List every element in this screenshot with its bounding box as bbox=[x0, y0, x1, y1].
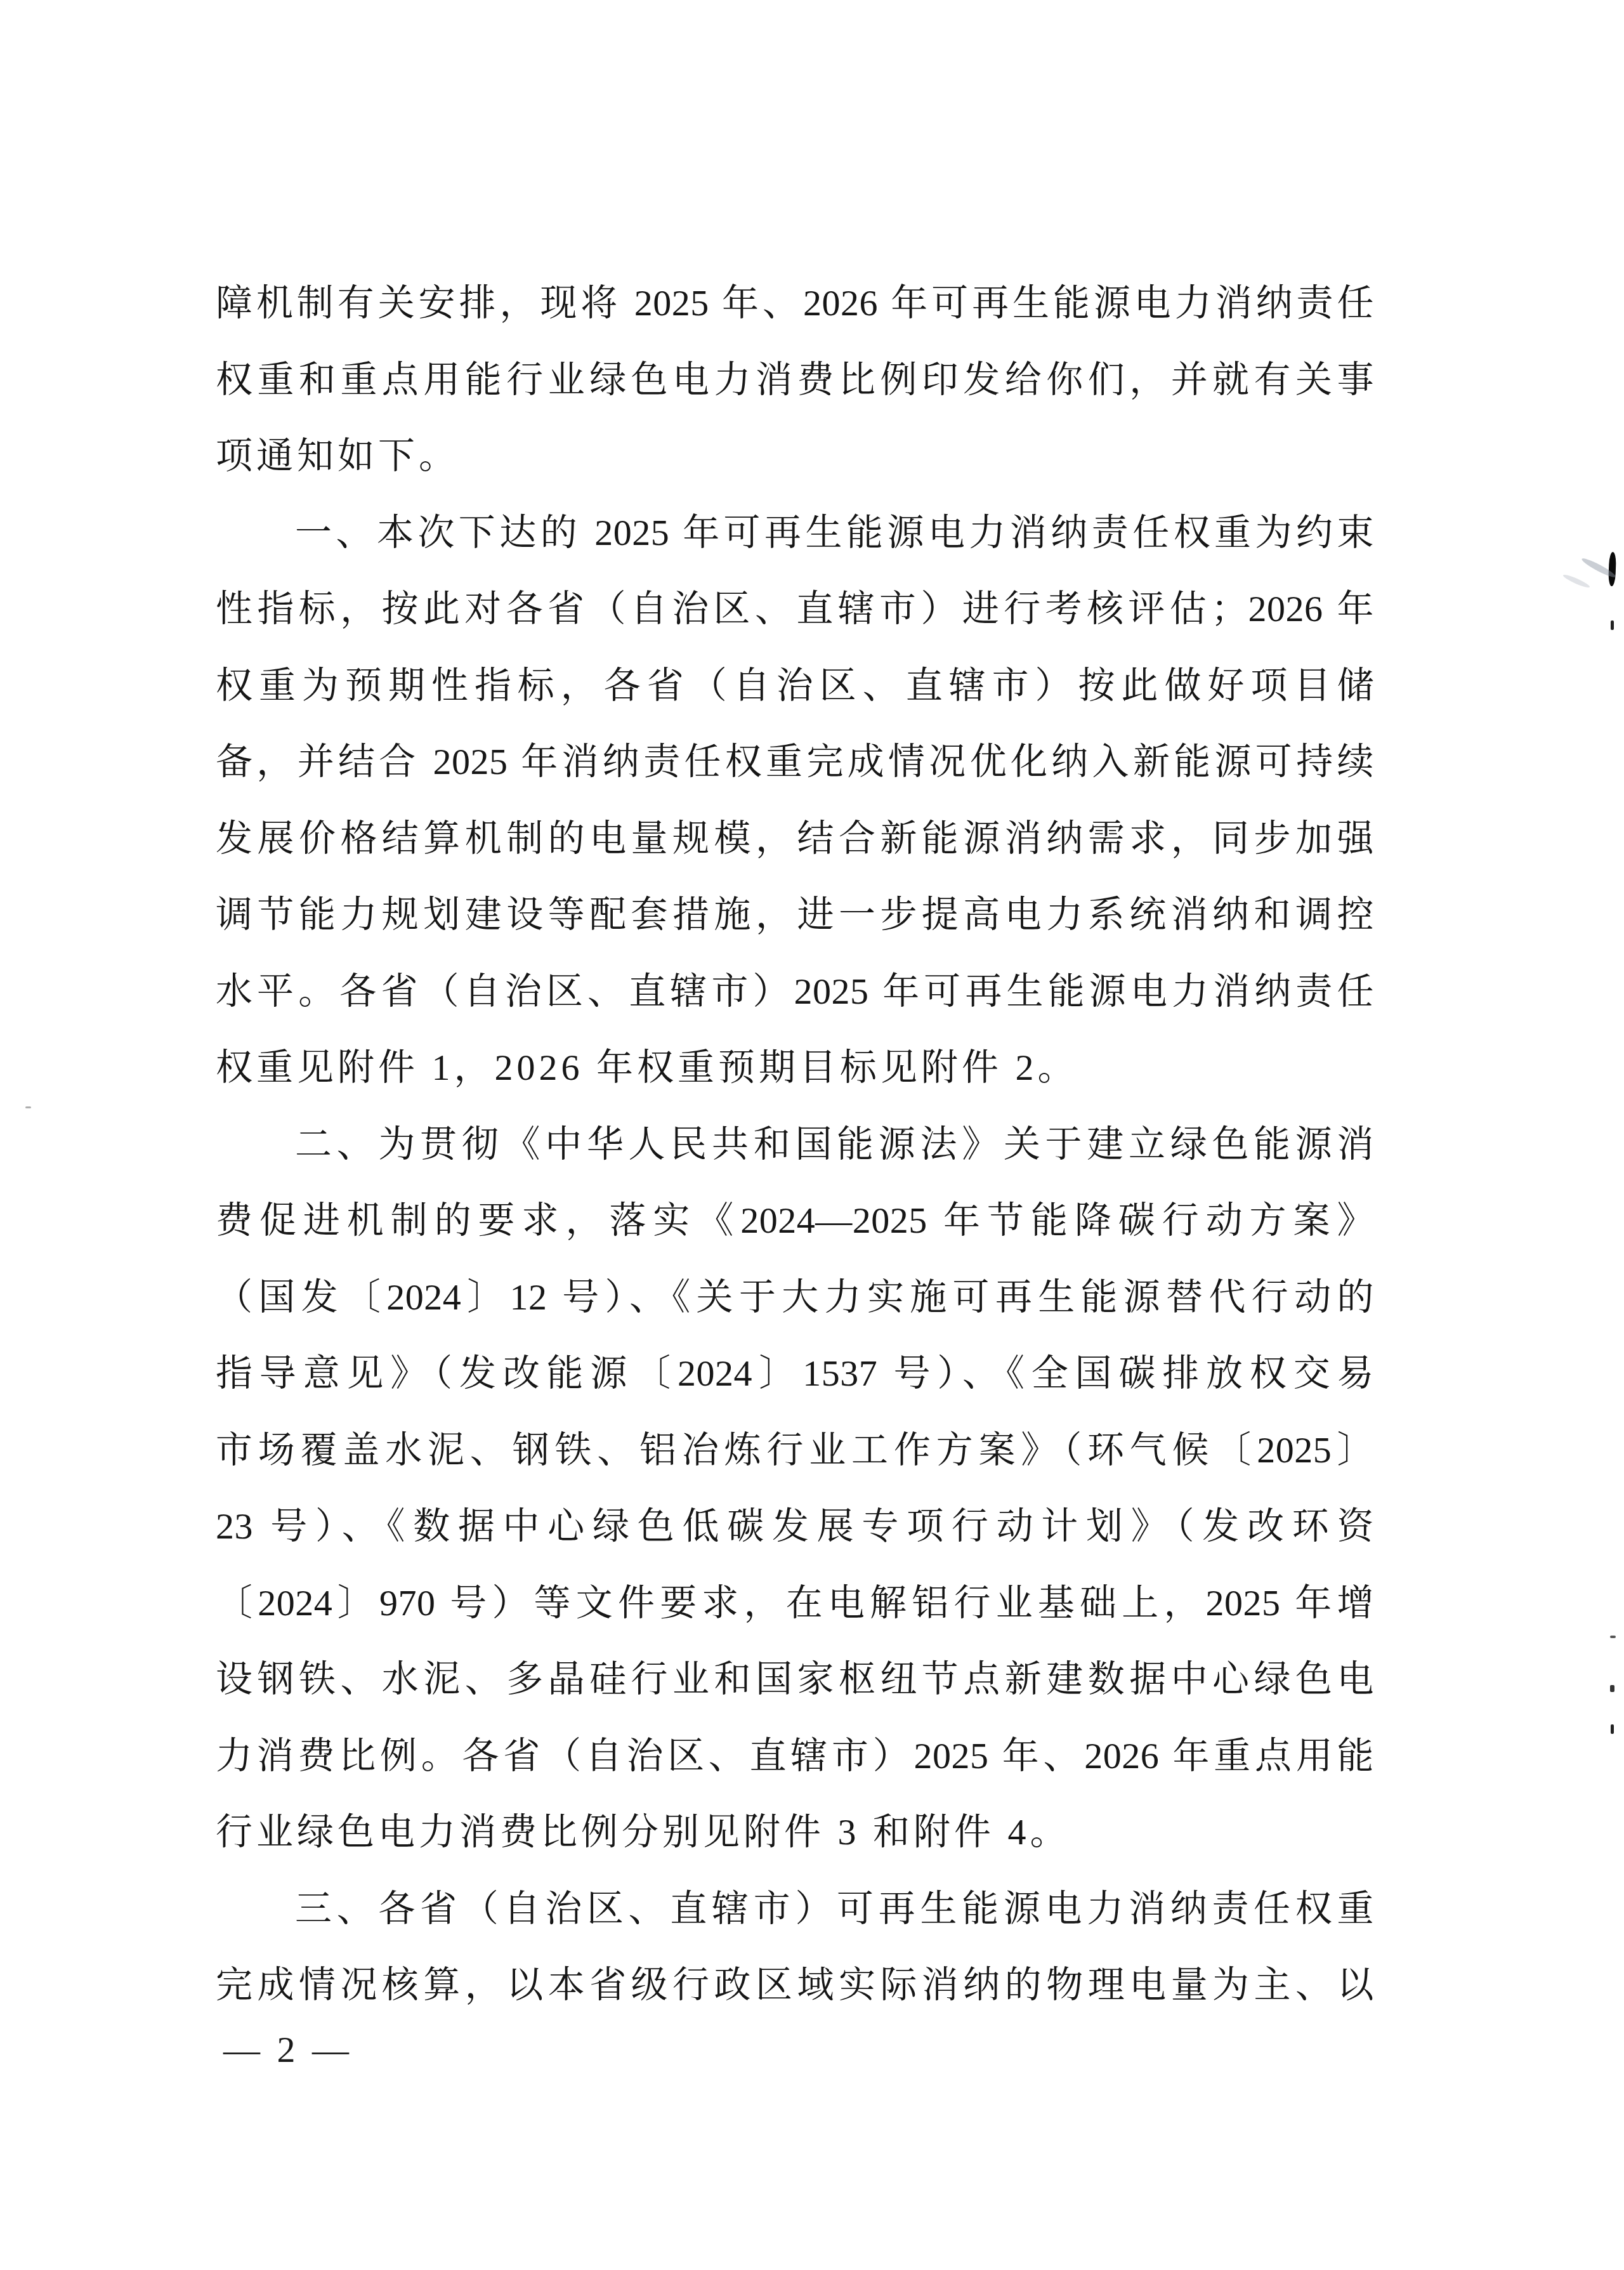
text-line: 〔2024〕970 号）等文件要求，在电解铝行业基础上，2025 年增 bbox=[216, 1565, 1374, 1642]
text-line: 备，并结合 2025 年消纳责任权重完成情况优化纳入新能源可持续 bbox=[216, 724, 1374, 801]
scan-artifact-speck bbox=[1611, 1724, 1614, 1734]
text-line: 完成情况核算，以本省级行政区域实际消纳的物理电量为主、以 bbox=[216, 1947, 1374, 2024]
text-line: 水平。各省（自治区、直辖市）2025 年可再生能源电力消纳责任 bbox=[216, 954, 1374, 1030]
scan-artifact-speck bbox=[1610, 1685, 1614, 1692]
scan-artifact-streak bbox=[1580, 556, 1617, 580]
text-line: 项通知如下。 bbox=[216, 418, 1374, 495]
text-line: 权重和重点用能行业绿色电力消费比例印发给你们，并就有关事 bbox=[216, 342, 1374, 419]
text-line: 设钢铁、水泥、多晶硅行业和国家枢纽节点新建数据中心绿色电 bbox=[216, 1641, 1374, 1718]
text-line: 性指标，按此对各省（自治区、直辖市）进行考核评估；2026 年 bbox=[216, 571, 1374, 648]
scan-artifact-speck bbox=[1611, 620, 1614, 630]
scan-artifact-streak bbox=[1562, 573, 1590, 589]
text-line: （国发〔2024〕12 号）、《关于大力实施可再生能源替代行动的 bbox=[216, 1259, 1374, 1336]
text-line: 指导意见》（发改能源〔2024〕1537 号）、《全国碳排放权交易 bbox=[216, 1335, 1374, 1412]
text-line: 发展价格结算机制的电量规模，结合新能源消纳需求，同步加强 bbox=[216, 801, 1374, 877]
text-line: 市场覆盖水泥、钢铁、铝冶炼行业工作方案》（环气候〔2025〕 bbox=[216, 1412, 1374, 1489]
text-line: 三、各省（自治区、直辖市）可再生能源电力消纳责任权重 bbox=[216, 1871, 1374, 1948]
text-line: 23 号）、《数据中心绿色低碳发展专项行动计划》（发改环资 bbox=[216, 1488, 1374, 1565]
document-body-text: 障机制有关安排，现将 2025 年、2026 年可再生能源电力消纳责任 权重和重… bbox=[216, 265, 1374, 2024]
scan-artifact-blot bbox=[1608, 552, 1616, 586]
text-line: 障机制有关安排，现将 2025 年、2026 年可再生能源电力消纳责任 bbox=[216, 265, 1374, 342]
text-line: 力消费比例。各省（自治区、直辖市）2025 年、2026 年重点用能 bbox=[216, 1718, 1374, 1795]
text-line: 二、为贯彻《中华人民共和国能源法》关于建立绿色能源消 bbox=[216, 1106, 1374, 1183]
text-line: 权重见附件 1，2026 年权重预期目标见附件 2。 bbox=[216, 1030, 1374, 1106]
text-line: 调节能力规划建设等配套措施，进一步提高电力系统消纳和调控 bbox=[216, 877, 1374, 954]
text-line: 权重为预期性指标，各省（自治区、直辖市）按此做好项目储 bbox=[216, 648, 1374, 725]
text-line: 一、本次下达的 2025 年可再生能源电力消纳责任权重为约束 bbox=[216, 495, 1374, 572]
scan-artifact-speck bbox=[1610, 1636, 1616, 1638]
text-line: 费促进机制的要求，落实《2024—2025 年节能降碳行动方案》 bbox=[216, 1183, 1374, 1259]
text-line: 行业绿色电力消费比例分别见附件 3 和附件 4。 bbox=[216, 1794, 1374, 1871]
scan-artifact-speck bbox=[25, 1106, 31, 1108]
document-page: 障机制有关安排，现将 2025 年、2026 年可再生能源电力消纳责任 权重和重… bbox=[0, 0, 1624, 2270]
page-number: — 2 — bbox=[223, 2029, 353, 2071]
